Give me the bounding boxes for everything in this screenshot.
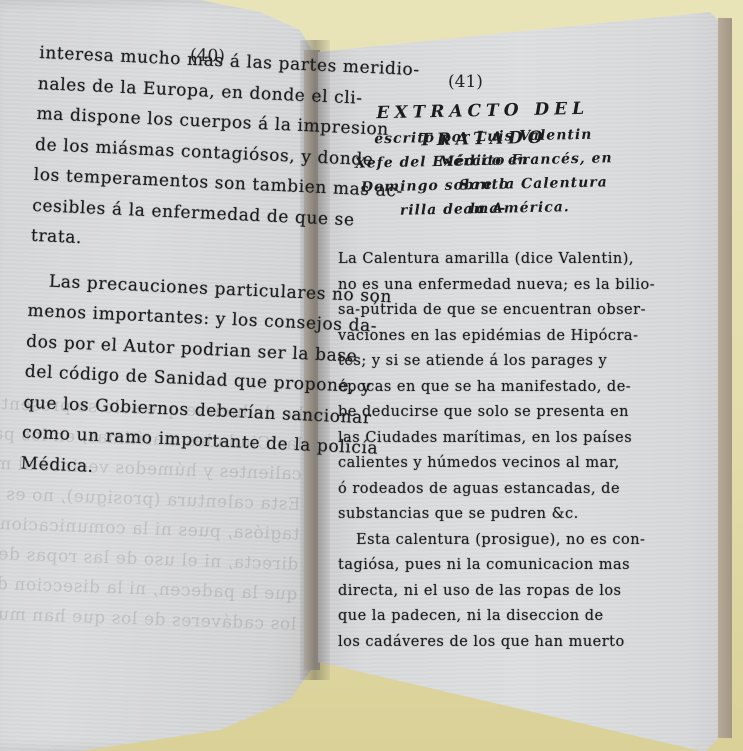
text-line: las Ciudades marítimas, en los países (338, 426, 618, 452)
text-line: tes; y si se atiende á los parages y (338, 349, 618, 375)
text-line: vaciones en las epidémias de Hipócra- (338, 324, 618, 350)
text-line: ó rodeados de aguas estancadas, de (338, 477, 618, 503)
text-line: tagiósa, pues ni la comunicacion mas (338, 553, 618, 579)
text-line: Esta calentura (prosigue), no es con- (338, 528, 618, 554)
right-page-edge (718, 18, 732, 738)
text-line: épocas en que se ha manifestado, de- (338, 375, 618, 401)
right-page-text: La Calentura amarilla (dice Valentin), n… (338, 247, 618, 655)
text-line: be deducirse que solo se presenta en (338, 400, 618, 426)
text-line: no es una enfermedad nueva; es la bilio- (338, 273, 618, 299)
text-line: La Calentura amarilla (dice Valentin), (338, 247, 618, 273)
left-page-text: interesa mucho mas á las partes meridio-… (20, 38, 320, 491)
text-line: que la padecen, ni la diseccion de (338, 604, 618, 630)
text-line: substancias que se pudren &c. (338, 502, 618, 528)
text-line: los cadáveres de los que han muerto (338, 630, 618, 656)
book-photo: be deducirse que solo se presenta en las… (0, 0, 743, 751)
text-line: directa, ni el uso de las ropas de los (338, 579, 618, 605)
text-line: sa-pútrida de que se encuentran obser- (338, 298, 618, 324)
page-number-right: (41) (448, 72, 483, 92)
text-line: calientes y húmedos vecinos al mar, (338, 451, 618, 477)
chapter-heading: EXTRACTO DEL TRATADO escrito por Luis Va… (340, 94, 628, 224)
